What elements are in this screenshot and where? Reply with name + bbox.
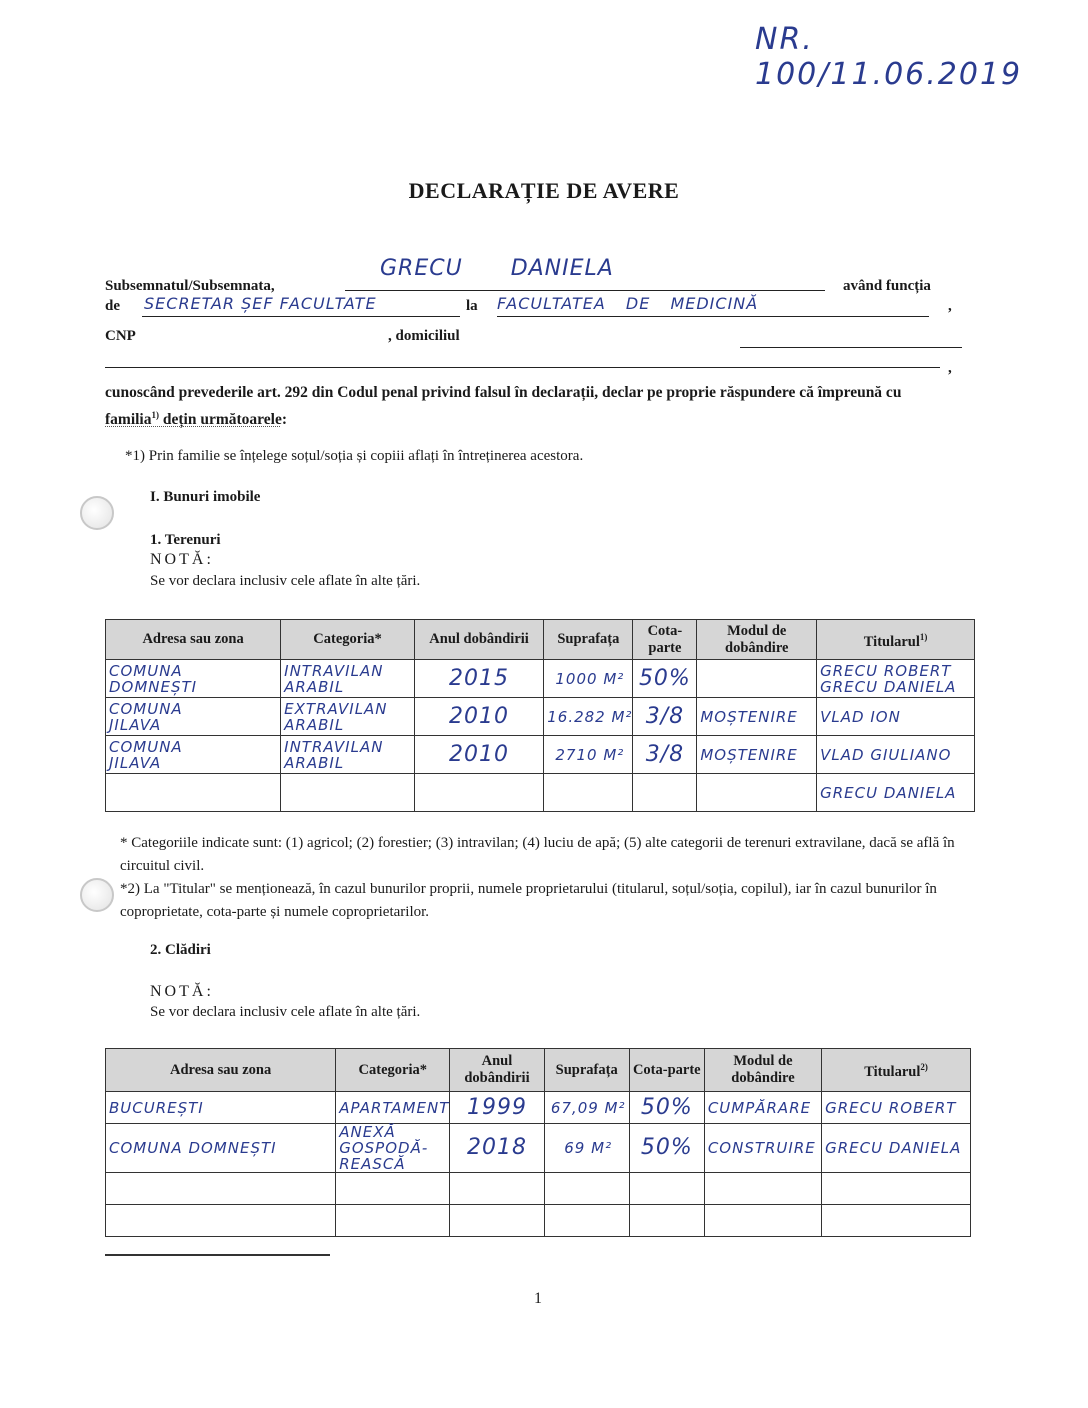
- cell-adresa[interactable]: COMUNADOMNEȘTI: [106, 660, 281, 698]
- cell-value: GRECU DANIELA: [817, 679, 974, 695]
- cell-value: EXTRAVILAN: [281, 701, 414, 717]
- cell-categoria[interactable]: INTRAVILANARABIL: [281, 736, 415, 774]
- family-footnote: *1) Prin familie se înțelege soțul/soția…: [125, 448, 583, 465]
- cell-value: 69 m²: [545, 1140, 629, 1156]
- function-field[interactable]: SECRETAR ȘEF FACULTATE: [142, 294, 460, 317]
- cell-categoria[interactable]: [281, 774, 415, 812]
- cell-cota[interactable]: 50%: [633, 660, 697, 698]
- cell-value: INTRAVILAN: [281, 739, 414, 755]
- punch-hole-icon: [80, 878, 114, 912]
- col-header-categoria: Categoria*: [281, 620, 415, 660]
- cell-anul[interactable]: 2010: [414, 698, 543, 736]
- col-header-categoria: Categoria*: [336, 1049, 450, 1092]
- cell-suprafata[interactable]: [544, 1205, 629, 1237]
- cnp-field[interactable]: [160, 322, 385, 344]
- cell-value: CONSTRUIRE: [705, 1140, 821, 1156]
- nota-label: NOTĂ:: [150, 551, 214, 569]
- cell-value: GRECU DANIELA: [817, 785, 974, 801]
- nota-text: Se vor declara inclusiv cele aflate în a…: [150, 1004, 420, 1021]
- subsemnatul-label: Subsemnatul/Subsemnata,: [105, 278, 275, 295]
- cell-categoria[interactable]: EXTRAVILANARABIL: [281, 698, 415, 736]
- cell-value: INTRAVILAN: [281, 663, 414, 679]
- cell-adresa[interactable]: COMUNAJILAVA: [106, 736, 281, 774]
- cell-suprafata[interactable]: [544, 774, 633, 812]
- cell-value: MOȘTENIRE: [697, 709, 816, 725]
- cell-value: 2710 m²: [544, 747, 632, 763]
- cnp-label: CNP: [105, 328, 136, 345]
- cell-value: DOMNEȘTI: [106, 679, 280, 695]
- domiciliul-label: , domiciliul: [388, 328, 460, 345]
- cell-value: VLAD GIULIANO: [817, 747, 974, 763]
- cell-modul[interactable]: [697, 774, 817, 812]
- punch-hole-icon: [80, 496, 114, 530]
- cell-titular[interactable]: VLAD ION: [817, 698, 975, 736]
- cell-value: COMUNA DOMNEȘTI: [106, 1140, 335, 1156]
- table-row: GRECU DANIELA: [106, 774, 975, 812]
- col-header-anul: Anul dobândirii: [414, 620, 543, 660]
- cell-categoria[interactable]: INTRAVILANARABIL: [281, 660, 415, 698]
- cell-value: 2015: [415, 671, 543, 687]
- cell-adresa[interactable]: [106, 774, 281, 812]
- table-row: COMUNAJILAVAEXTRAVILANARABIL201016.282 m…: [106, 698, 975, 736]
- cell-value: MOȘTENIRE: [697, 747, 816, 763]
- cell-value: VLAD ION: [817, 709, 974, 725]
- name-field[interactable]: GRECU DANIELA: [345, 262, 825, 291]
- cell-value: 2010: [415, 709, 543, 725]
- cell-categoria[interactable]: APARTAMENT: [336, 1092, 450, 1124]
- institution-field[interactable]: FACULTATEA DE MEDICINĂ: [497, 294, 929, 317]
- cell-cota[interactable]: [629, 1173, 704, 1205]
- cell-adresa[interactable]: BUCUREȘTI: [106, 1092, 336, 1124]
- table-row: COMUNAJILAVAINTRAVILANARABIL20102710 m²3…: [106, 736, 975, 774]
- cell-modul[interactable]: [704, 1205, 821, 1237]
- cell-cota[interactable]: 3/8: [633, 736, 697, 774]
- cell-value: 1999: [450, 1100, 543, 1116]
- cell-suprafata[interactable]: 1000 m²: [544, 660, 633, 698]
- cell-value: COMUNA: [106, 701, 280, 717]
- subsection-title-terenuri: 1. Terenuri: [150, 532, 221, 549]
- cell-value: 1000 m²: [544, 671, 632, 687]
- terenuri-table: Adresa sau zona Categoria* Anul dobândir…: [105, 619, 975, 812]
- cell-cota[interactable]: [633, 774, 697, 812]
- col-header-titular: Titularul2): [822, 1049, 971, 1092]
- cell-value: COMUNA: [106, 663, 280, 679]
- cell-titular[interactable]: VLAD GIULIANO: [817, 736, 975, 774]
- cell-categoria[interactable]: [336, 1173, 450, 1205]
- cell-value: GRECU ROBERT: [822, 1100, 970, 1116]
- footnote-rule: [105, 1254, 330, 1256]
- avand-functia-label: având funcția: [843, 278, 931, 295]
- table-row: COMUNADOMNEȘTIINTRAVILANARABIL20151000 m…: [106, 660, 975, 698]
- domiciliul-line: [740, 347, 962, 348]
- cell-value: ARABIL: [281, 755, 414, 771]
- col-header-anul: Anul dobândirii: [450, 1049, 544, 1092]
- cell-modul[interactable]: CUMPĂRARE: [704, 1092, 821, 1124]
- col-header-cota: Cota-parte: [633, 620, 697, 660]
- cell-titular[interactable]: GRECU ROBERTGRECU DANIELA: [817, 660, 975, 698]
- cell-modul[interactable]: MOȘTENIRE: [697, 698, 817, 736]
- table-row: [106, 1173, 971, 1205]
- col-header-adresa: Adresa sau zona: [106, 620, 281, 660]
- cell-adresa[interactable]: COMUNAJILAVA: [106, 698, 281, 736]
- cell-anul[interactable]: 2015: [414, 660, 543, 698]
- cell-suprafata[interactable]: 69 m²: [544, 1124, 629, 1173]
- cell-anul[interactable]: [450, 1173, 544, 1205]
- titular-note: *2) La "Titular" se menționează, în cazu…: [120, 878, 980, 924]
- cell-modul[interactable]: [697, 660, 817, 698]
- cell-anul[interactable]: [450, 1205, 544, 1237]
- cell-titular[interactable]: [822, 1205, 971, 1237]
- cell-cota[interactable]: [629, 1205, 704, 1237]
- cell-value: 3/8: [633, 747, 696, 763]
- cell-modul[interactable]: CONSTRUIRE: [704, 1124, 821, 1173]
- cell-value: 2010: [415, 747, 543, 763]
- cell-anul[interactable]: [414, 774, 543, 812]
- table-header-row: Adresa sau zona Categoria* Anul dobândir…: [106, 620, 975, 660]
- cell-categoria[interactable]: [336, 1205, 450, 1237]
- page-title: DECLARAȚIE DE AVERE: [0, 178, 1088, 204]
- cell-value: GRECU ROBERT: [817, 663, 974, 679]
- cell-value: REASCĂ: [336, 1156, 449, 1172]
- footnote-separator: [105, 426, 280, 427]
- cell-adresa[interactable]: [106, 1205, 336, 1237]
- function-value: SECRETAR ȘEF FACULTATE: [144, 294, 377, 313]
- col-header-suprafata: Suprafața: [544, 620, 633, 660]
- cell-value: ARABIL: [281, 679, 414, 695]
- cell-value: 16.282 m²: [544, 709, 632, 725]
- cell-adresa[interactable]: COMUNA DOMNEȘTI: [106, 1124, 336, 1173]
- cell-value: GOSPODĂ-: [336, 1140, 449, 1156]
- name-value: GRECU DANIELA: [380, 256, 614, 281]
- cell-modul[interactable]: MOȘTENIRE: [697, 736, 817, 774]
- cell-suprafata[interactable]: [544, 1173, 629, 1205]
- table-header-row: Adresa sau zona Categoria* Anul dobândir…: [106, 1049, 971, 1092]
- cell-titular[interactable]: GRECU ROBERT: [822, 1092, 971, 1124]
- cell-value: CUMPĂRARE: [705, 1100, 821, 1116]
- table-row: COMUNA DOMNEȘTIANEXĂGOSPODĂ-REASCĂ201869…: [106, 1124, 971, 1173]
- col-header-titular: Titularul1): [817, 620, 975, 660]
- cell-suprafata[interactable]: 67,09 m²: [544, 1092, 629, 1124]
- cell-adresa[interactable]: [106, 1173, 336, 1205]
- cell-value: 67,09 m²: [545, 1100, 629, 1116]
- cell-titular[interactable]: GRECU DANIELA: [817, 774, 975, 812]
- cell-suprafata[interactable]: 16.282 m²: [544, 698, 633, 736]
- nota-label: NOTĂ:: [150, 983, 214, 1001]
- cell-anul[interactable]: 2018: [450, 1124, 544, 1173]
- la-label: la: [466, 298, 478, 315]
- cell-value: 3/8: [633, 709, 696, 725]
- cell-value: 2018: [450, 1140, 543, 1156]
- cell-value: JILAVA: [106, 755, 280, 771]
- cell-value: BUCUREȘTI: [106, 1100, 335, 1116]
- cell-anul[interactable]: 1999: [450, 1092, 544, 1124]
- section-title-bunuri-imobile: I. Bunuri imobile: [150, 489, 260, 506]
- cell-value: 50%: [633, 671, 696, 687]
- cell-value: COMUNA: [106, 739, 280, 755]
- declaration-text: cunoscând prevederile art. 292 din Codul…: [105, 382, 955, 431]
- cell-cota[interactable]: 3/8: [633, 698, 697, 736]
- cell-value: ARABIL: [281, 717, 414, 733]
- cell-value: APARTAMENT: [336, 1100, 449, 1116]
- de-label: de: [105, 298, 120, 315]
- cell-titular[interactable]: [822, 1173, 971, 1205]
- cell-value: 50%: [630, 1100, 704, 1116]
- categorii-note: * Categoriile indicate sunt: (1) agricol…: [120, 832, 980, 878]
- page-number: 1: [534, 1290, 542, 1308]
- col-header-modul: Modul de dobândire: [704, 1049, 821, 1092]
- domiciliul-field[interactable]: [105, 367, 940, 368]
- registration-number: NR. 100/11.06.2019: [755, 22, 1088, 92]
- cell-suprafata[interactable]: 2710 m²: [544, 736, 633, 774]
- col-header-adresa: Adresa sau zona: [106, 1049, 336, 1092]
- cell-modul[interactable]: [704, 1173, 821, 1205]
- institution-value: FACULTATEA DE MEDICINĂ: [497, 294, 758, 313]
- section-title-cladiri: 2. Clădiri: [150, 942, 211, 959]
- cell-value: GRECU DANIELA: [822, 1140, 970, 1156]
- table-row: BUCUREȘTIAPARTAMENT199967,09 m²50%CUMPĂR…: [106, 1092, 971, 1124]
- cell-categoria[interactable]: ANEXĂGOSPODĂ-REASCĂ: [336, 1124, 450, 1173]
- col-header-cota: Cota-parte: [629, 1049, 704, 1092]
- cell-cota[interactable]: 50%: [629, 1124, 704, 1173]
- cell-value: 50%: [630, 1140, 704, 1156]
- cell-value: ANEXĂ: [336, 1124, 449, 1140]
- col-header-suprafata: Suprafața: [544, 1049, 629, 1092]
- cell-cota[interactable]: 50%: [629, 1092, 704, 1124]
- footnote-ref: 1): [152, 410, 160, 420]
- nota-text: Se vor declara inclusiv cele aflate în a…: [150, 573, 420, 590]
- cell-anul[interactable]: 2010: [414, 736, 543, 774]
- cell-value: JILAVA: [106, 717, 280, 733]
- cladiri-table: Adresa sau zona Categoria* Anul dobândir…: [105, 1048, 971, 1237]
- table-notes: * Categoriile indicate sunt: (1) agricol…: [120, 832, 980, 924]
- table-row: [106, 1205, 971, 1237]
- col-header-modul: Modul de dobândire: [697, 620, 817, 660]
- cell-titular[interactable]: GRECU DANIELA: [822, 1124, 971, 1173]
